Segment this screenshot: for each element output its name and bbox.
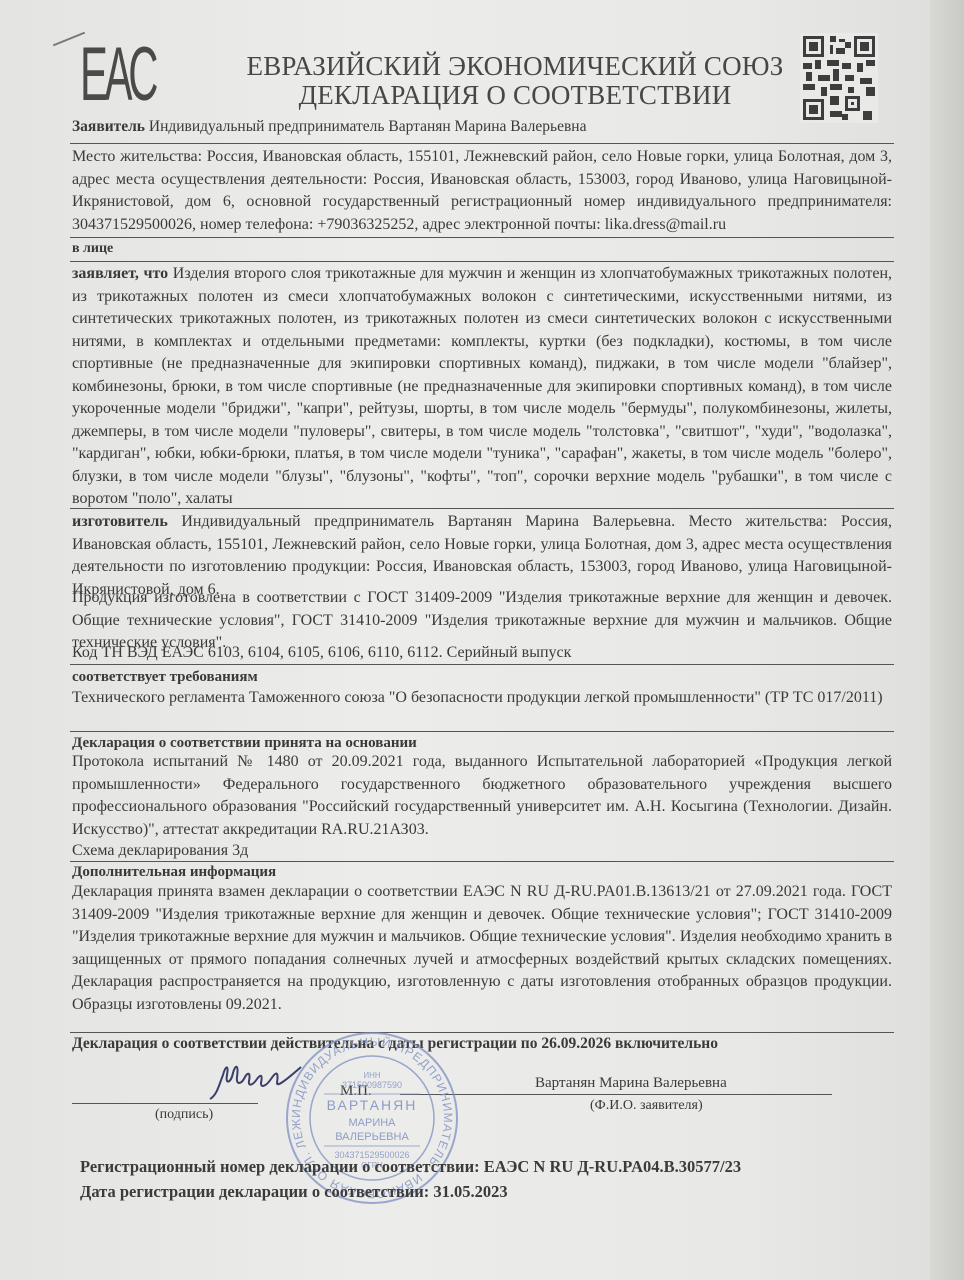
signature-caption: (подпись) [155, 1107, 213, 1123]
declares-label: заявляет, что [72, 265, 168, 282]
manufacturer-label: изготовитель [72, 513, 168, 530]
registration-number: Регистрационный номер декларации о соотв… [80, 1157, 741, 1177]
manufacturer-text: Индивидуальный предприниматель Вартанян … [72, 513, 892, 598]
declaration-scheme: Схема декларирования 3д [72, 840, 892, 863]
applicant-details: Место жительства: Россия, Ивановская обл… [72, 146, 892, 236]
applicant-name-caption: (Ф.И.О. заявителя) [590, 1098, 703, 1114]
declares-text: Изделия второго слоя трикотажные для муж… [72, 265, 892, 507]
applicant-label: Заявитель [72, 118, 145, 135]
applicant-line: Заявитель Индивидуальный предприниматель… [72, 116, 892, 139]
requirements-text: Технического регламента Таможенного союз… [72, 687, 892, 710]
registration-date: Дата регистрации декларации о соответств… [80, 1182, 508, 1202]
hs-code-line: Код ТН ВЭД ЕАЭС 6103, 6104, 6105, 6106, … [72, 642, 892, 665]
validity-line: Декларация о соответствии действительна … [72, 1033, 892, 1056]
stamp-name-line2: МАРИНА [348, 1117, 396, 1129]
title-line-declaration: ДЕКЛАРАЦИЯ О СООТВЕТСТВИИ [200, 81, 830, 110]
page-edge-background [930, 0, 964, 1280]
applicant-full-name: Вартанян Марина Валерьевна [535, 1075, 727, 1092]
title-line-union: ЕВРАЗИЙСКИЙ ЭКОНОМИЧЕСКИЙ СОЮЗ [200, 52, 830, 81]
official-seal-stamp: ИНДИВИДУАЛЬНЫЙ ПРЕДПРИНИМАТЕЛЬ • ИВАНОВС… [284, 1030, 460, 1206]
basis-text: Протокола испытаний № 1480 от 20.09.2021… [72, 751, 892, 841]
divider [70, 261, 894, 262]
represented-by-label: в лице [72, 238, 892, 261]
document-title: ЕВРАЗИЙСКИЙ ЭКОНОМИЧЕСКИЙ СОЮЗ ДЕКЛАРАЦИ… [200, 52, 830, 110]
divider [70, 664, 894, 665]
applicant-name-line [400, 1094, 832, 1095]
divider [70, 508, 894, 509]
stamp-name-line1: ВАРТАНЯН [327, 1097, 418, 1113]
eac-logo: ЕАС [80, 40, 119, 110]
divider [70, 143, 894, 144]
qr-code-icon [800, 32, 878, 124]
stamp-name-line3: ВАЛЕРЬЕВНА [335, 1131, 409, 1143]
additional-info-text: Декларация принята взамен декларации о с… [72, 881, 892, 1016]
stamp-inn-label: ИНН [363, 1071, 381, 1080]
stamp-inn: 371500987590 [342, 1080, 402, 1090]
declares-block: заявляет, что Изделия второго слоя трико… [72, 263, 892, 511]
requirements-label: соответствует требованиям [72, 666, 892, 689]
applicant-name: Индивидуальный предприниматель Вартанян … [149, 118, 587, 135]
